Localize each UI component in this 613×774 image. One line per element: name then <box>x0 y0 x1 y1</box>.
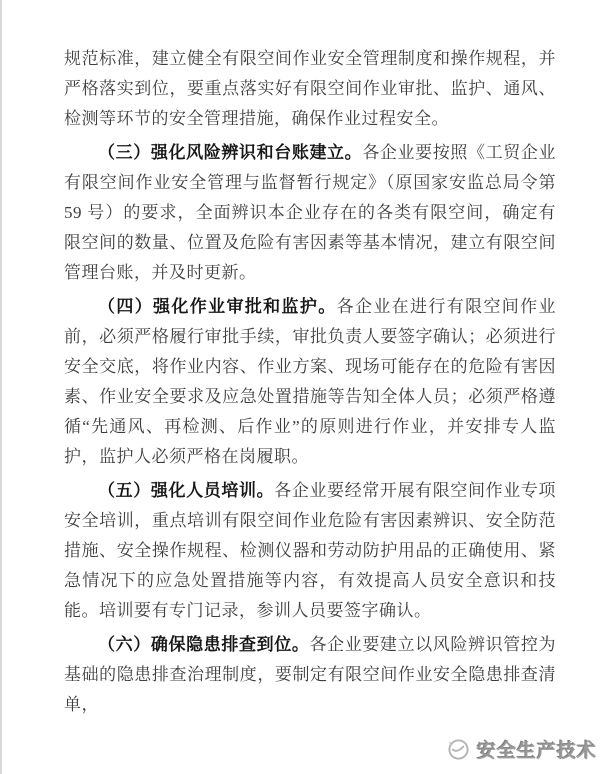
document-body: 规范标准，建立健全有限空间作业安全管理制度和操作规程，并严格落实到位，要重点落实… <box>64 44 556 720</box>
section-heading: （六）确保隐患排查到位。 <box>98 635 309 654</box>
circle-emblem-icon <box>447 738 470 761</box>
section-heading: （五）强化人员培训。 <box>98 481 274 500</box>
paragraph-text: 规范标准，建立健全有限空间作业安全管理制度和操作规程，并严格落实到位，要重点落实… <box>64 49 556 128</box>
document-paragraph: （六）确保隐患排查到位。各企业要建立以风险辨识管控为基础的隐患排查治理制度，要制… <box>64 630 556 720</box>
paragraph-text: 各企业要按照《工贸企业有限空间作业安全管理与监督暂行规定》（原国家安监总局令第 … <box>64 143 556 282</box>
brand-watermark: 安全生产技术 <box>447 736 597 763</box>
document-paragraph: （四）强化作业审批和监护。各企业在进行有限空间作业前，必须严格履行审批手续，审批… <box>64 292 556 472</box>
page-edge-line <box>0 0 2 774</box>
document-paragraph: 规范标准，建立健全有限空间作业安全管理制度和操作规程，并严格落实到位，要重点落实… <box>64 44 556 134</box>
document-page: 规范标准，建立健全有限空间作业安全管理制度和操作规程，并严格落实到位，要重点落实… <box>0 0 613 774</box>
brand-watermark-label: 安全生产技术 <box>477 736 597 763</box>
paragraph-text: 各企业要经常开展有限空间作业专项安全培训，重点培训有限空间作业危险有害因素辨识、… <box>64 481 556 620</box>
document-paragraph: （五）强化人员培训。各企业要经常开展有限空间作业专项安全培训，重点培训有限空间作… <box>64 476 556 626</box>
paragraph-text: 各企业在进行有限空间作业前，必须严格履行审批手续，审批负责人要签字确认；必须进行… <box>64 297 556 466</box>
section-heading: （三）强化风险辨识和台账建立。 <box>98 143 362 162</box>
document-paragraph: （三）强化风险辨识和台账建立。各企业要按照《工贸企业有限空间作业安全管理与监督暂… <box>64 138 556 288</box>
section-heading: （四）强化作业审批和监护。 <box>98 297 337 316</box>
